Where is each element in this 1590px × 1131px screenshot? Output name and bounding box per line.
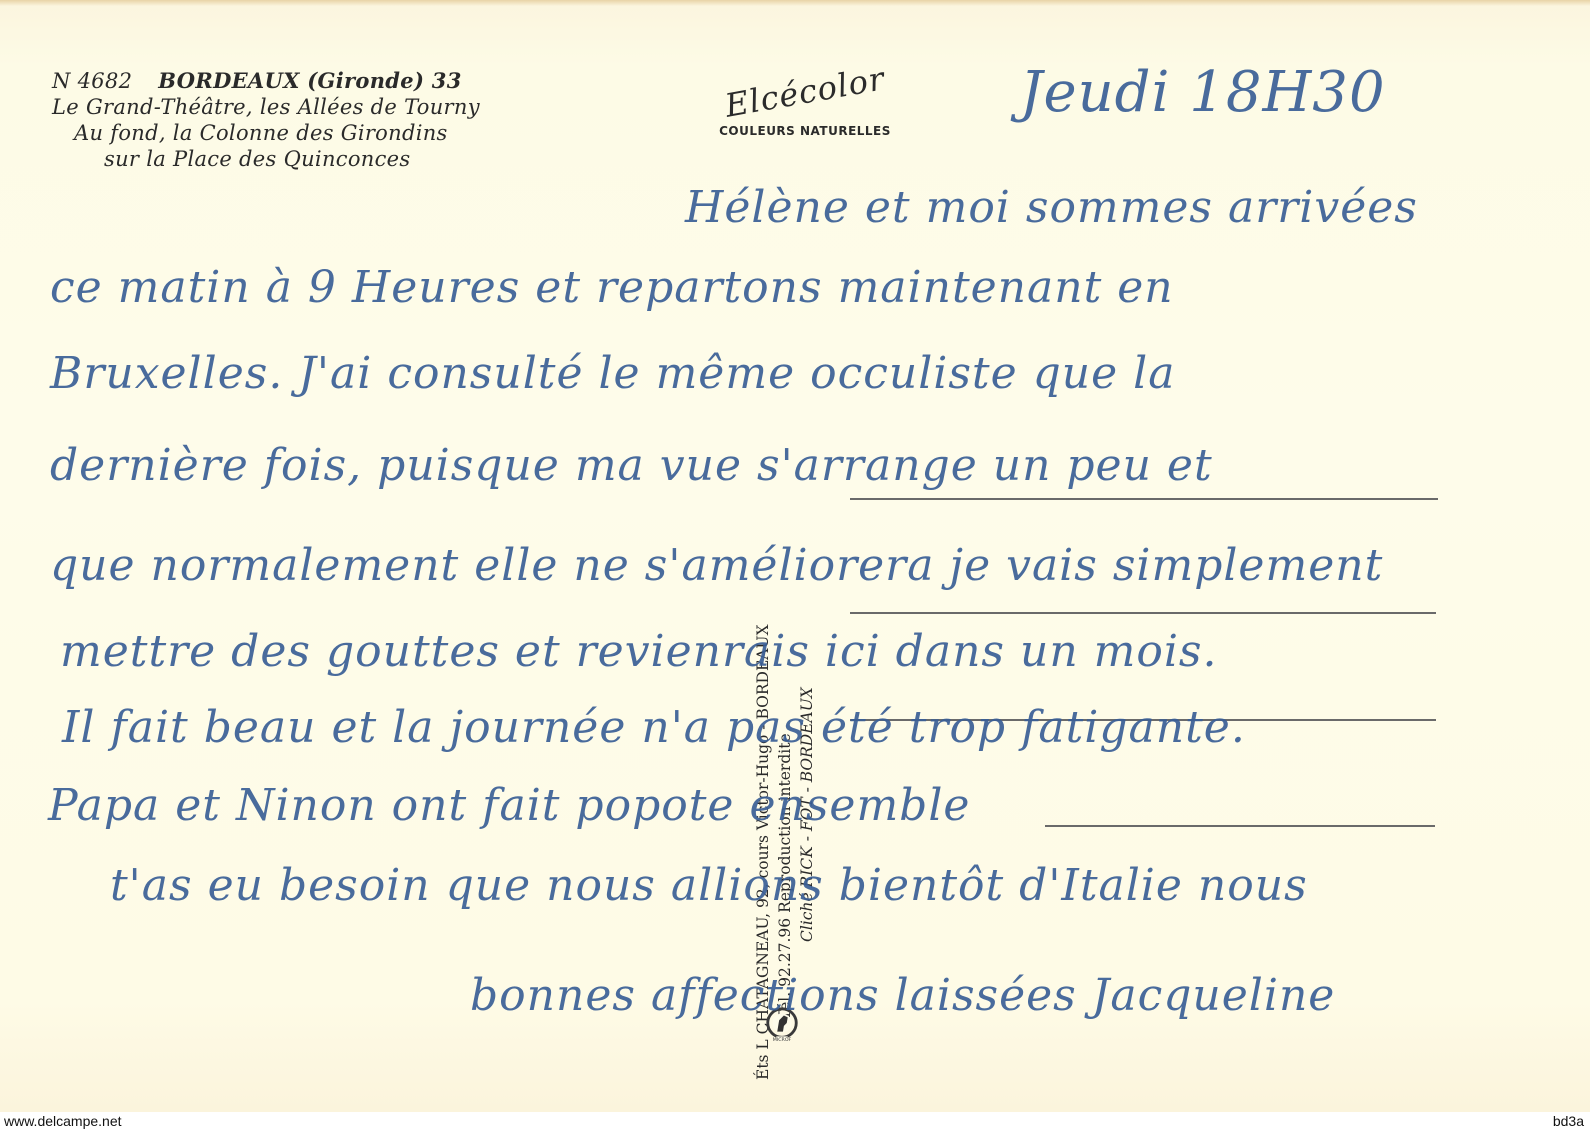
postcard-back: N 4682BORDEAUX (Gironde) 33 Le Grand-Thé… [0,0,1590,1112]
watermark-footer: www.delcampe.net bd3a [0,1112,1590,1131]
postcard-caption: N 4682BORDEAUX (Gironde) 33 Le Grand-Thé… [52,68,480,172]
seller-id: bd3a [1553,1113,1584,1129]
handwritten-line: Hélène et moi sommes arrivées [685,182,1418,233]
handwritten-signoff: bonnes affections laissées Jacqueline [470,970,1335,1021]
handwritten-line: Papa et Ninon ont fait popote ensemble [48,780,970,831]
address-line-4 [1045,825,1435,827]
handwritten-line: t'as eu besoin que nous allions bientôt … [110,860,1308,911]
handwritten-line: ce matin à 9 Heures et repartons mainten… [50,262,1174,313]
caption-line-3: Au fond, la Colonne des Girondins [52,120,480,146]
caption-title-line: N 4682BORDEAUX (Gironde) 33 [52,68,480,94]
brand-logo: Elcécolor COULEURS NATURELLES [710,62,900,138]
site-watermark: www.delcampe.net [4,1113,122,1129]
card-number: N 4682 [52,69,132,93]
address-line-1 [850,498,1438,500]
handwritten-line: mettre des gouttes et revienrais ici dan… [60,626,1218,677]
address-line-2 [850,612,1436,614]
handwritten-line: Il fait beau et la journée n'a pas été t… [62,702,1246,753]
svg-text:MICROF: MICROF [773,1037,792,1043]
handwritten-line: dernière fois, puisque ma vue s'arrange … [50,440,1213,491]
handwritten-line: Bruxelles. J'ai consulté le même occulis… [50,348,1175,399]
caption-line-4: sur la Place des Quinconces [52,146,480,172]
caption-line-2: Le Grand-Théâtre, les Allées de Tourny [52,94,480,120]
handwritten-line: que normalement elle ne s'améliorera je … [50,540,1383,591]
handwritten-date: Jeudi 18H30 [1020,60,1386,125]
caption-city: BORDEAUX (Gironde) 33 [158,68,461,93]
